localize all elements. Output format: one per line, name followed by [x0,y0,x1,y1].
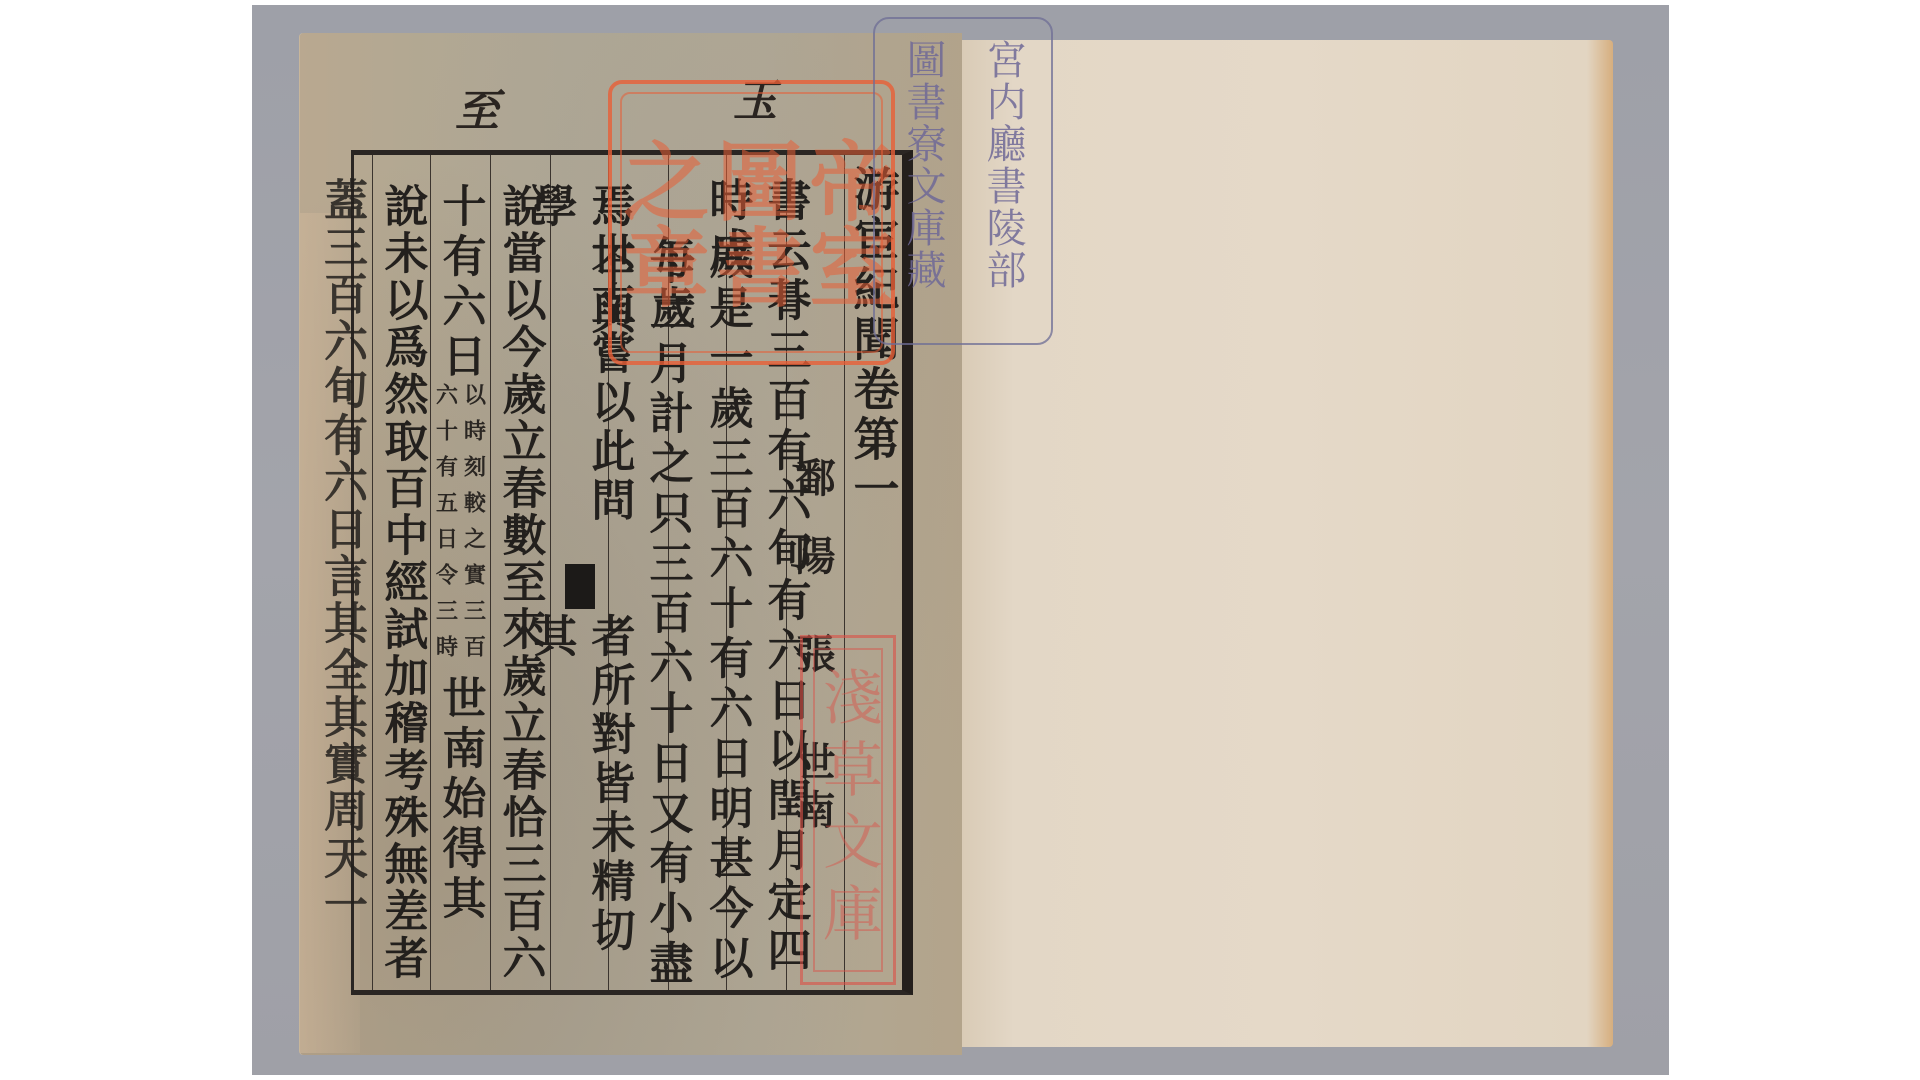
red-collector-seal-square: 帝室 圖書 之章 [608,80,895,365]
stamp-line-agency: 宮内廳書陵部 [980,39,1026,323]
censored-block [565,564,595,608]
column-text-5: 說當以今歲立春數至來歲立春恰三百六 [490,155,548,990]
interlinear-note: 以時刻較之實三百 六十有五日令三時 [433,383,487,671]
margin-annotation-left: 至 [455,75,499,139]
column-text-6: 十有六日 以時刻較之實三百 六十有五日令三時 世南始得其 [430,155,488,990]
column-text-8: 蓋三百六旬有六日言其全其實周天一 [312,155,370,990]
right-page-blank [962,40,1613,1047]
stamp-line-archive: 圖書寮文庫藏 [900,39,946,323]
column-text-4: 焉世南嘗以此問學 者所對皆未精切其 [550,155,608,990]
red-collector-seal-tall: 淺草文庫 [800,635,896,985]
column-text-7: 說未以爲然取百中經試加稽考殊無差者 [372,155,430,990]
blue-library-stamp: 宮内廳書陵部 圖書寮文庫藏 [873,17,1053,345]
